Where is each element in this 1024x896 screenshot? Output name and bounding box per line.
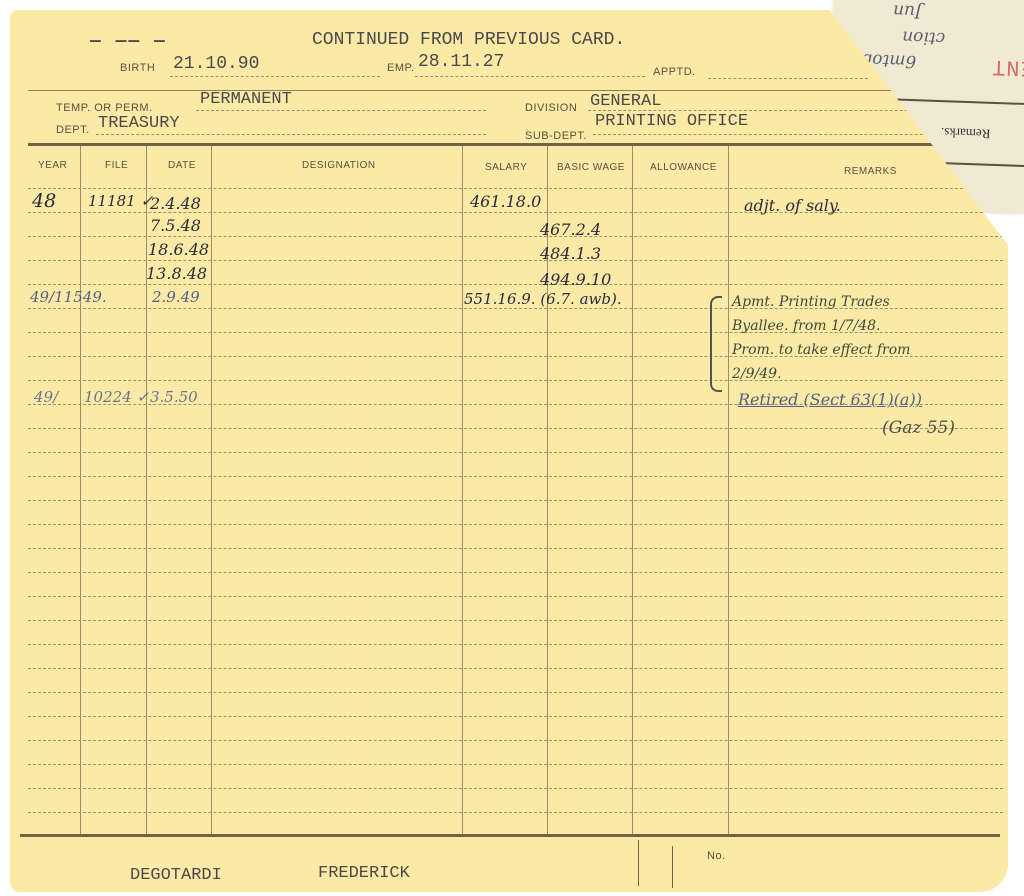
back-handwriting: ction [902, 27, 946, 48]
cell-basic-wage: 467.2.4 [540, 220, 601, 239]
remarks-bracket [710, 296, 722, 392]
cell-remarks: Apmt. Printing Trades [732, 294, 890, 310]
division-label: DIVISION [525, 102, 577, 114]
temp-perm-label: TEMP. OR PERM. [56, 102, 153, 114]
cell-remarks: 2/9/49. [732, 366, 782, 382]
appted-label: APPTD. [653, 66, 696, 78]
cell-remarks: Prom. to take effect from [732, 342, 910, 358]
header-dashes: — —— — [90, 32, 167, 52]
cell-year: 48 [32, 190, 56, 212]
back-handwriting: Jun [893, 0, 922, 21]
cell-date: 13.8.48 [146, 264, 207, 283]
cell-date: 2.9.49 [152, 288, 200, 306]
column-header-designation: DESIGNATION [302, 160, 376, 171]
birth-value: 21.10.90 [173, 54, 259, 74]
dept-label: DEPT. [56, 124, 90, 136]
birth-label: BIRTH [120, 62, 155, 74]
cell-remarks: adjt. of saly. [744, 196, 841, 215]
cell-date: 7.5.48 [150, 216, 201, 235]
cell-salary: 461.18.0 [470, 192, 541, 211]
emp-label: EMP. [387, 62, 414, 74]
cell-file: 11181 ✓ [88, 192, 153, 210]
column-header-file: FILE [105, 160, 128, 171]
employment-record-card: — —— — CONTINUED FROM PREVIOUS CARD. BIR… [10, 10, 1008, 892]
cell-basic-wage: 494.9.10 [540, 270, 611, 289]
cell-year: 49/11549. [30, 288, 107, 306]
column-header-year: YEAR [38, 160, 67, 171]
column-header-allowance: ALLOWANCE [650, 162, 717, 173]
column-header-remarks: REMARKS [844, 166, 897, 177]
subdept-label: SUB-DEPT. [525, 130, 587, 142]
cell-salary: 551.16.9. (6.7. awb). [464, 290, 622, 308]
back-remarks-label: Remarks. [941, 124, 991, 142]
emp-value: 28.11.27 [418, 52, 504, 72]
cell-file: 10224 ✓ [84, 388, 149, 406]
cell-date: 3.5.50 [150, 388, 198, 406]
subdept-value: PRINTING OFFICE [595, 112, 748, 131]
column-header-date: DATE [168, 160, 196, 171]
cell-date: 2.4.48 [150, 194, 201, 213]
given-name: FREDERICK [318, 864, 410, 883]
temp-perm-value: PERMANENT [200, 90, 292, 109]
no-label: No. [707, 850, 726, 862]
back-stamp: ENT [991, 54, 1024, 80]
column-header-basic-wage: BASIC WAGE [557, 162, 625, 173]
cell-remarks-retired: Retired (Sect 63(1)(a)) [738, 390, 922, 409]
cell-remarks-gazette: (Gaz 55) [882, 418, 955, 438]
surname: DEGOTARDI [130, 866, 222, 885]
dept-value: TREASURY [98, 114, 180, 133]
cell-year: 49/ [34, 388, 58, 406]
cell-date: 18.6.48 [148, 240, 209, 259]
cell-basic-wage: 484.1.3 [540, 244, 601, 263]
division-value: GENERAL [590, 92, 661, 111]
cell-remarks: Byallee. from 1/7/48. [732, 318, 881, 334]
column-header-salary: SALARY [485, 162, 527, 173]
card-title: CONTINUED FROM PREVIOUS CARD. [312, 30, 625, 50]
